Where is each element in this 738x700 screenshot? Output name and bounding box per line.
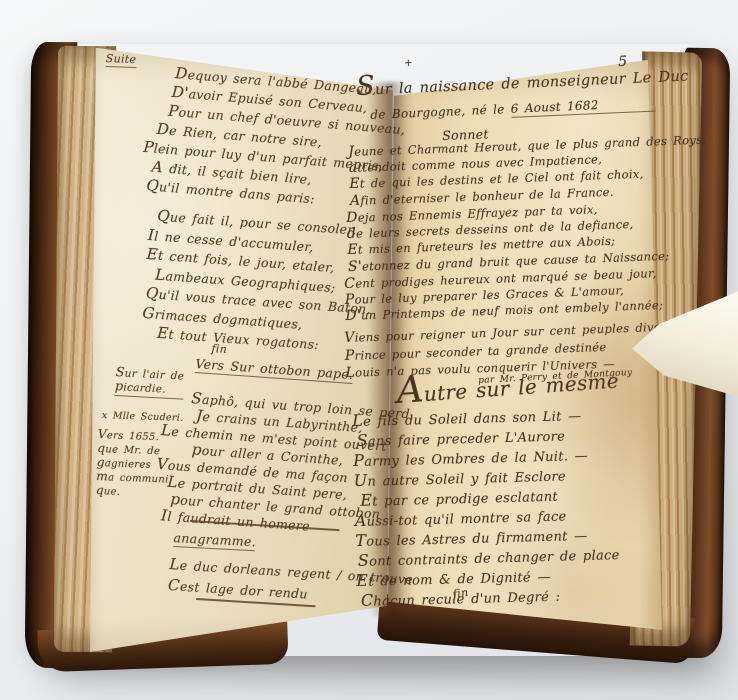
cross-mark: + (404, 58, 413, 69)
left-page-header: Suite (106, 52, 137, 66)
sonnet-stanza-1: Jeune et Charmant Herout, que le plus gr… (348, 132, 708, 209)
autre-poem: Le fils du Soleil dans son Lit —Sans fai… (352, 405, 621, 612)
sonnet-stanza-2: Deja nos Ennemis Effrayez par ta voix,de… (346, 199, 670, 275)
left-poem-2: Que fait il, pour se consoler,Il ne cess… (140, 206, 376, 358)
photo-scene: Suite Dequoy sera l'abbé Dangeau,D'avoir… (0, 0, 738, 700)
fin-mark-1: fin (211, 342, 227, 356)
fin-mark-2: fin (452, 586, 469, 601)
suite-label: Suite (105, 52, 136, 68)
anagramme-title: anagramme. (173, 530, 256, 549)
